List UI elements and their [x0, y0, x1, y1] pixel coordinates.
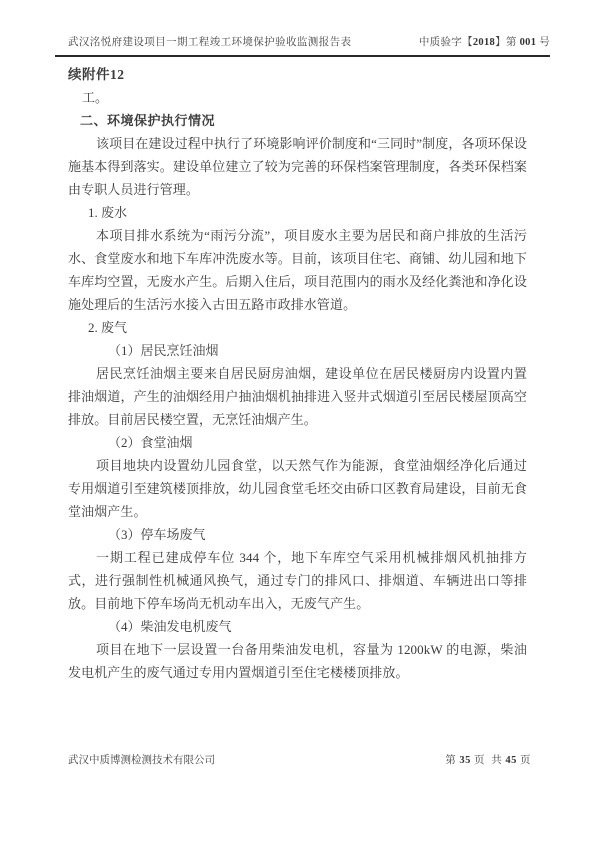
page-number-suffix: 页 — [517, 755, 531, 766]
footer-company-name: 武汉中质博测检测技术有限公司 — [68, 752, 215, 767]
attachment-title: 续附件12 — [68, 63, 527, 86]
doc-number-prefix: 中质验字【 — [419, 37, 473, 48]
para-canteen-fumes: 项目地块内设置幼儿园食堂，以天然气作为能源，食堂油烟经净化后通过专用烟道引至建筑… — [68, 454, 527, 523]
subheading-parking-exhaust: （3）停车场废气 — [68, 523, 527, 546]
doc-number-serial: 001 — [520, 37, 537, 48]
page-footer: 武汉中质博测检测技术有限公司 第 35 页 共 45 页 — [68, 752, 531, 767]
heading-waste-gas: 2. 废气 — [68, 316, 527, 339]
footer-page-number: 第 35 页 共 45 页 — [445, 752, 531, 767]
para-epia-three-simultaneous: 该项目在建设过程中执行了环境影响评价制度和“三同时”制度，各项环保设施基本得到落… — [68, 132, 527, 201]
page-number-total: 45 — [505, 755, 517, 766]
page-number-current: 35 — [459, 755, 471, 766]
page-header: 武汉洺悦府建设项目一期工程竣工环境保护验收监测报告表 中质验字【2018】第 0… — [55, 34, 550, 57]
doc-number-suffix: 号 — [536, 37, 550, 48]
para-diesel-generator-exhaust: 项目在地下一层设置一台备用柴油发电机，容量为 1200kW 的电源，柴油发电机产… — [68, 638, 527, 684]
document-body: 续附件12 工。 二、环境保护执行情况 该项目在建设过程中执行了环境影响评价制度… — [68, 63, 527, 684]
doc-number-mid: 】第 — [495, 37, 520, 48]
subheading-resident-cooking-fumes: （1）居民烹饪油烟 — [68, 339, 527, 362]
heading-env-protection-execution: 二、环境保护执行情况 — [68, 109, 527, 132]
heading-wastewater: 1. 废水 — [68, 201, 527, 224]
subheading-diesel-generator-exhaust: （4）柴油发电机废气 — [68, 615, 527, 638]
page-number-prefix: 第 — [445, 755, 459, 766]
header-doc-number: 中质验字【2018】第 001 号 — [419, 34, 550, 49]
report-page: 武汉洺悦府建设项目一期工程竣工环境保护验收监测报告表 中质验字【2018】第 0… — [0, 0, 595, 842]
para-wastewater: 本项目排水系统为“雨污分流”，项目废水主要为居民和商户排放的生活污水、食堂废水和… — [68, 224, 527, 316]
para-resident-cooking-fumes: 居民烹饪油烟主要来自居民厨房油烟，建设单位在居民楼厨房内设置内置排油烟道，产生的… — [68, 362, 527, 431]
doc-number-year: 2018 — [473, 37, 495, 48]
subheading-canteen-fumes: （2）食堂油烟 — [68, 431, 527, 454]
continuation-text: 工。 — [68, 86, 527, 109]
page-number-mid: 页 共 — [471, 755, 506, 766]
header-doc-title: 武汉洺悦府建设项目一期工程竣工环境保护验收监测报告表 — [68, 34, 351, 49]
para-parking-exhaust: 一期工程已建成停车位 344 个，地下车库空气采用机械排烟风机抽排方式，进行强制… — [68, 546, 527, 615]
